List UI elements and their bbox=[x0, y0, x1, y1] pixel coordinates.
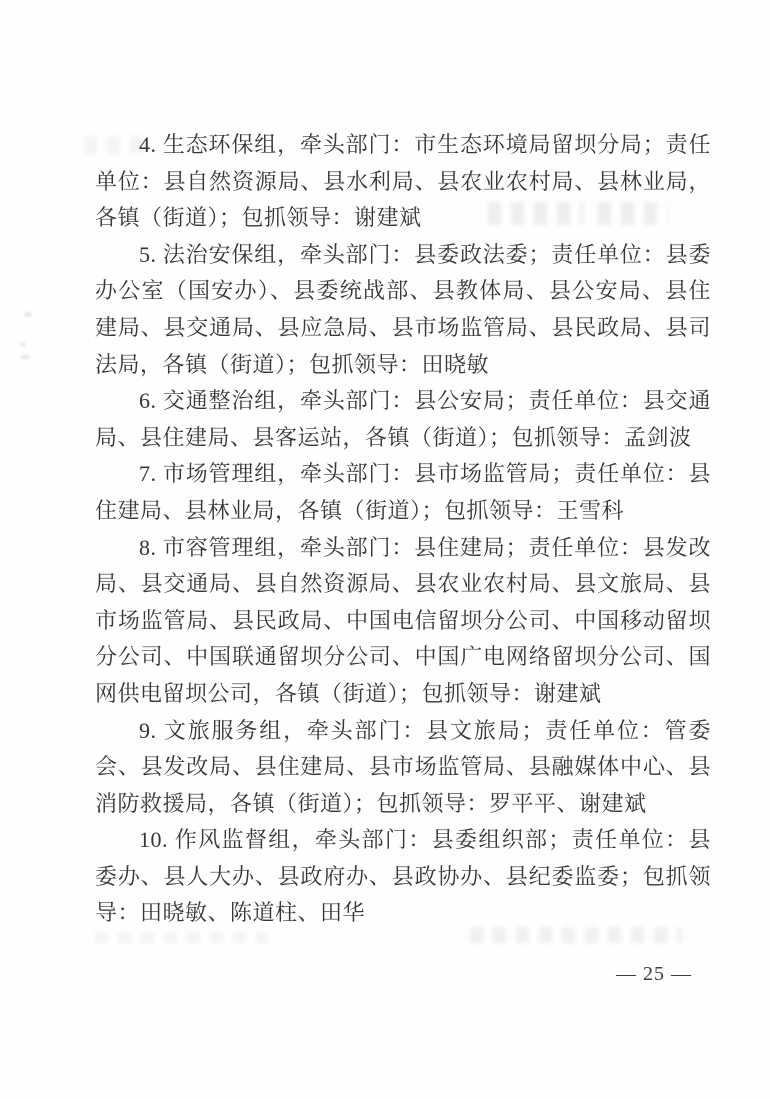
paragraph-group-6-traffic: 6. 交通整治组，牵头部门：县公安局；责任单位：县交通局、县住建局、县客运站，各… bbox=[95, 383, 711, 456]
paragraph-group-9-culture-tourism: 9. 文旅服务组，牵头部门：县文旅局；责任单位：管委会、县发改局、县住建局、县市… bbox=[95, 713, 711, 823]
paragraph-group-4-ecology: 4. 生态环保组，牵头部门：市生态环境局留坝分局；责任单位：县自然资源局、县水利… bbox=[95, 127, 711, 237]
page-number: — 25 — bbox=[598, 962, 710, 986]
paragraph-group-8-city-appearance: 8. 市容管理组，牵头部门：县住建局；责任单位：县发改局、县交通局、县自然资源局… bbox=[95, 530, 711, 713]
document-page: 4. 生态环保组，牵头部门：市生态环境局留坝分局；责任单位：县自然资源局、县水利… bbox=[0, 0, 770, 1099]
bleed-through-artifact bbox=[95, 932, 267, 943]
scan-speck-artifact bbox=[21, 355, 30, 359]
document-body: 4. 生态环保组，牵头部门：市生态环境局留坝分局；责任单位：县自然资源局、县水利… bbox=[95, 127, 711, 932]
paragraph-group-10-work-style: 10. 作风监督组，牵头部门：县委组织部；责任单位：县委办、县人大办、县政府办、… bbox=[95, 822, 711, 932]
paragraph-group-5-law-security: 5. 法治安保组，牵头部门：县委政法委；责任单位：县委办公室（国安办）、县委统战… bbox=[95, 237, 711, 383]
paragraph-group-7-market: 7. 市场管理组，牵头部门：县市场监管局；责任单位：县住建局、县林业局，各镇（街… bbox=[95, 456, 711, 529]
scan-speck-artifact bbox=[24, 312, 32, 317]
scan-speck-artifact bbox=[20, 342, 26, 347]
